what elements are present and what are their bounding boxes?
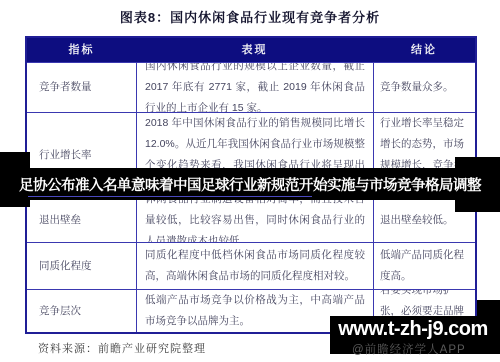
table-row-conclusion: 竞争数量众多。 bbox=[373, 62, 475, 112]
column-header-indicator: 指标 bbox=[27, 38, 136, 62]
table-row-indicator: 竞争层次 bbox=[27, 289, 136, 332]
table-row-indicator: 同质化程度 bbox=[27, 242, 136, 289]
table-row-indicator: 退出壁垒 bbox=[27, 197, 136, 242]
table-row-performance: 同质化程度中低档休闲食品市场同质化程度较高，高端休闲食品市场的同质化程度相对较。 bbox=[136, 242, 373, 289]
site-watermark: www.t-zh-j9.com bbox=[330, 318, 496, 341]
table-row-performance: 国内休闲食品行业的规模以上企业数量，截止 2017 年底有 2771 家，截止 … bbox=[136, 62, 373, 112]
column-header-performance: 表现 bbox=[136, 38, 373, 62]
watermark-notch bbox=[477, 300, 500, 317]
app-watermark: @前瞻经济学人APP bbox=[352, 341, 466, 357]
table-row-conclusion: 低端产品同质化程度高。 bbox=[373, 242, 475, 289]
page-title: 图表8：国内休闲食品行业现有竞争者分析 bbox=[0, 7, 500, 26]
source-note: 资料来源：前瞻产业研究院整理 bbox=[38, 340, 206, 356]
column-header-conclusion: 结论 bbox=[373, 38, 475, 62]
table-row-indicator: 竞争者数量 bbox=[27, 62, 136, 112]
overlay-headline: 足协公布准入名单意味着中国足球行业新规范开始实施与市场竞争格局调整 bbox=[0, 169, 500, 200]
page: 前瞻产业研究院 前瞻产业研究院 前瞻产业研究院 图表8：国内休闲食品行业现有竞争… bbox=[0, 0, 500, 362]
table-row-performance: 休闲食品行业制造设备相对简单，而且技术含量较低，比较容易出售，同时休闲食品行业的… bbox=[136, 197, 373, 242]
